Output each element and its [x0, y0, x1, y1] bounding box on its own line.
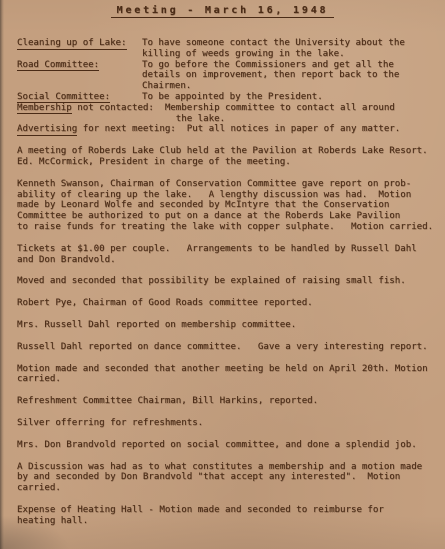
agenda-row-membership: Membership not contacted: Membership com… [17, 103, 441, 125]
minutes-paragraph-refreshment-report: Refreshment Committee Chairman, Bill Har… [17, 396, 441, 407]
agenda-label: Road Committee: [17, 60, 99, 72]
agenda-label-column: Road Committee: [17, 60, 142, 71]
agenda-underlined-word: Advertising [17, 124, 77, 136]
minutes-paragraph-good-roads: Robert Pye, Chairman of Good Roads commi… [17, 298, 441, 309]
agenda-inline-text: for next meeting: Put all notices in pap… [77, 124, 400, 134]
page-title-text: Meeting - March 16, 1948 [111, 5, 335, 18]
agenda-label-column: Cleaning up of Lake: [17, 38, 142, 49]
agenda-label: Cleaning up of Lake: [17, 38, 127, 50]
page-left-edge-shadow [0, 0, 4, 549]
minutes-paragraph-tickets: Tickets at $1.00 per couple. Arrangement… [17, 244, 441, 266]
scanned-minutes-page: Meeting - March 16, 1948 Cleaning up of … [0, 0, 445, 549]
agenda-inline-text: not contacted: Membership committee to c… [17, 103, 395, 124]
minutes-paragraph-raising-fish: Moved and seconded that possibility be e… [17, 276, 441, 287]
agenda-row-road-committee: Road Committee: To go before the Commiss… [17, 60, 441, 92]
minutes-paragraph-membership-discussion: A Discussion was had as to what constitu… [17, 462, 441, 494]
agenda-text: To be appointed by the President. [142, 92, 323, 103]
agenda-row-social-committee: Social Committee: To be appointed by the… [17, 92, 441, 103]
minutes-paragraph-next-meeting: Motion made and seconded that another me… [17, 364, 441, 386]
minutes-paragraph-silver-offering: Silver offerring for refreshments. [17, 418, 441, 429]
agenda-text: To have someone contact the University a… [142, 38, 405, 60]
minutes-paragraph-dance-report: Russell Dahl reported on dance committee… [17, 342, 441, 353]
agenda-label-column: Social Committee: [17, 92, 142, 103]
agenda-label: Social Committee: [17, 92, 110, 104]
minutes-paragraph-heating-hall: Expense of Heating Hall - Motion made an… [17, 505, 441, 527]
agenda-underlined-word: Membership [17, 103, 72, 115]
minutes-paragraph-membership-report: Mrs. Russell Dahl reported on membership… [17, 320, 441, 331]
minutes-paragraph-conservation-report: Kenneth Swanson, Chairman of Conservatio… [17, 179, 441, 233]
agenda-row-cleaning-up-of-lake: Cleaning up of Lake: To have someone con… [17, 38, 441, 60]
minutes-paragraph-social-report: Mrs. Don Brandvold reported on social co… [17, 440, 441, 451]
minutes-paragraph-meeting-held: A meeting of Roberds Lake Club held at t… [17, 146, 441, 168]
agenda-row-advertising: Advertising for next meeting: Put all no… [17, 124, 441, 135]
agenda-text: To go before the Commissioners and get a… [142, 60, 399, 92]
agenda-list: Cleaning up of Lake: To have someone con… [17, 38, 441, 135]
page-title: Meeting - March 16, 1948 [0, 4, 445, 17]
